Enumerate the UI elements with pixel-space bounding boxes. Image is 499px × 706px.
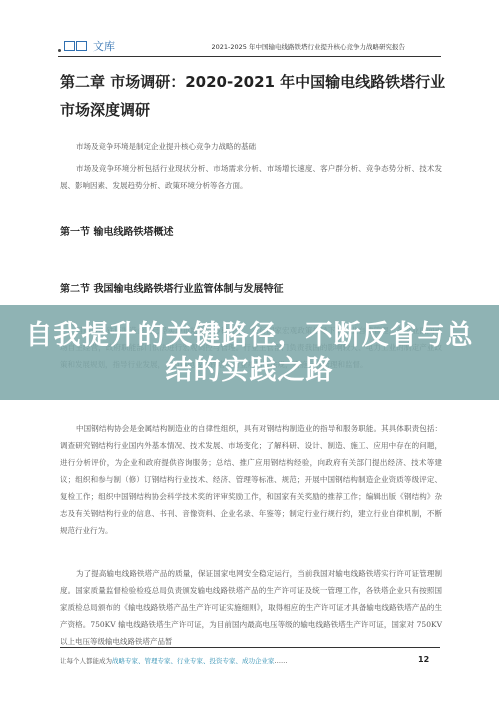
paragraph-license: 为了提高输电线路铁塔产品的质量，保证国家电网安全稳定运行，当前我国对输电线路铁塔…: [60, 565, 442, 650]
paragraph-analysis: 市场及竞争环境分析包括行业现状分析、市场需求分析、市场增长速度、客户群分析、竞争…: [60, 160, 442, 194]
footer-slogan: 让每个人都能成为战略专家、管理专家、行业专家、投资专家、成功企业家……: [60, 656, 288, 665]
chapter-title: 第二章 市场调研：2020-2021 年中国输电线路铁塔行业市场深度调研: [60, 68, 450, 124]
logo-text: 文库: [93, 38, 115, 54]
footer-highlight: 战略专家、管理专家、行业专家、投资专家、成功企业家: [112, 657, 275, 665]
footer-divider: [60, 647, 440, 648]
footer-prefix: 让每个人都能成为: [60, 657, 112, 665]
footer-suffix: ……: [275, 657, 288, 665]
overlay-title: 自我提升的关键路径，不断反省与总结的实践之路: [15, 318, 485, 388]
library-logo: 文库: [58, 38, 115, 54]
document-page: 文库 2021-2025 年中国输电线路铁塔行业提升核心竞争力战略研究报告 第二…: [0, 0, 499, 706]
page-header: 文库 2021-2025 年中国输电线路铁塔行业提升核心竞争力战略研究报告: [58, 38, 441, 57]
logo-dot-icon: [58, 49, 61, 52]
page-number: 12: [418, 655, 429, 664]
section-heading-2: 第二节 我国输电线路铁塔行业监管体制与发展特征: [60, 280, 283, 295]
logo-mark-icon: [64, 41, 87, 51]
report-title: 2021-2025 年中国输电线路铁塔行业提升核心竞争力战略研究报告: [212, 42, 406, 51]
paragraph-association: 中国钢结构协会是金属结构制造业的自律性组织，具有对钢结构制造业的指导和服务职能。…: [60, 420, 442, 539]
title-overlay-banner: 自我提升的关键路径，不断反省与总结的实践之路: [0, 305, 499, 400]
paragraph-intro: 市场及竞争环境是制定企业提升核心竞争力战略的基础: [60, 138, 442, 155]
section-heading-1: 第一节 输电线路铁塔概述: [60, 223, 173, 238]
